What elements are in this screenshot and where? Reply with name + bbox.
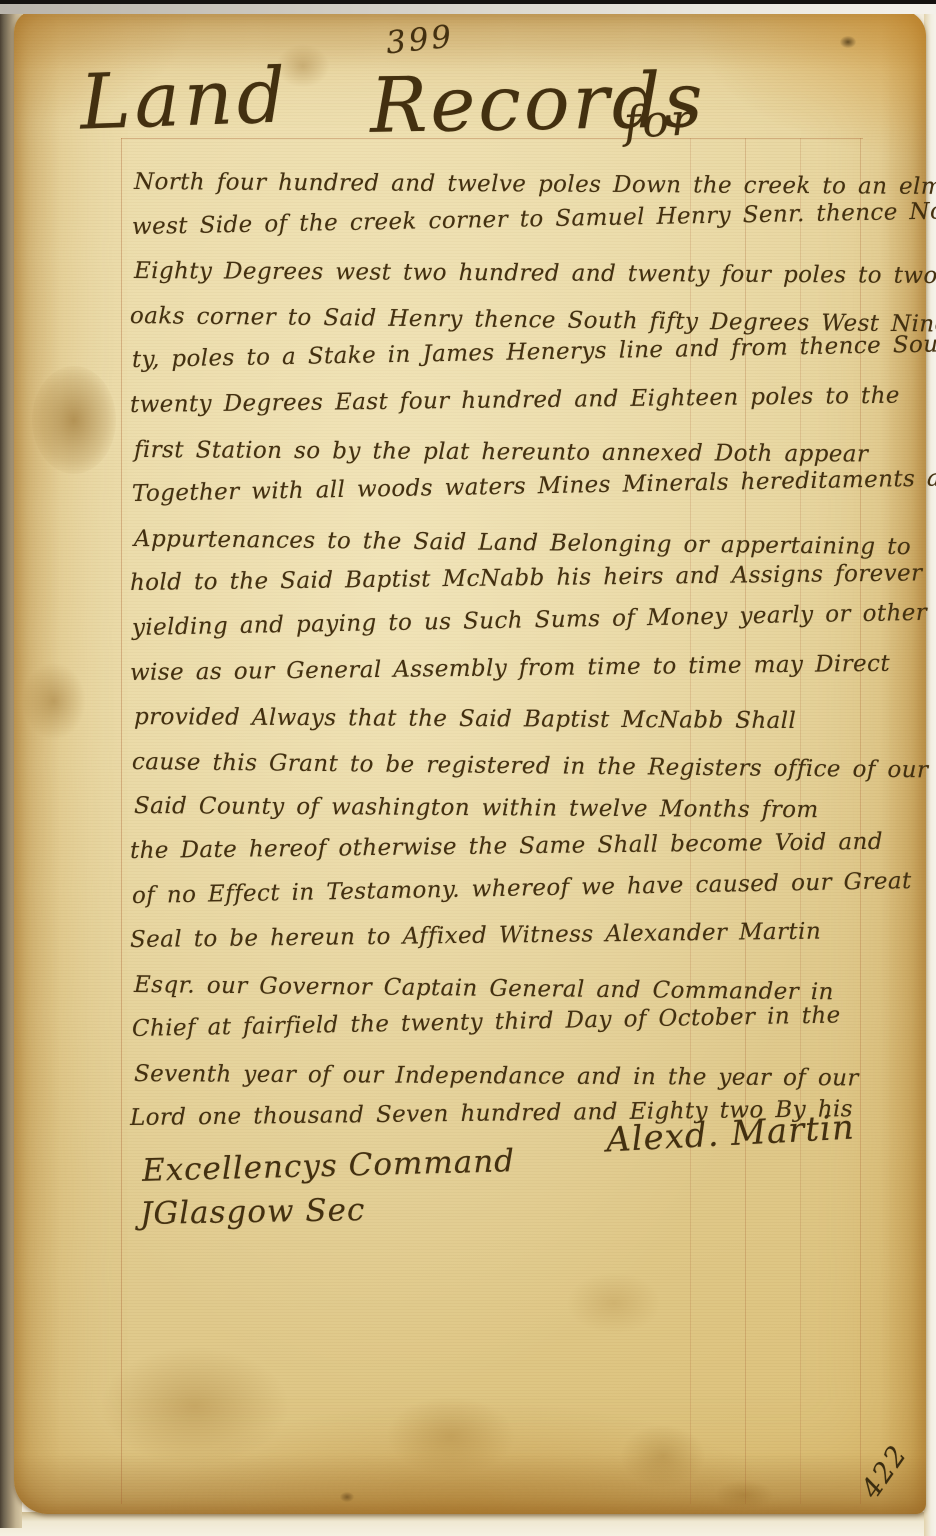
title-word-for: for	[623, 94, 695, 149]
manuscript-body: North four hundred and twelve poles Down…	[130, 160, 920, 1141]
page-number: 399	[384, 19, 456, 62]
stain	[386, 1396, 516, 1476]
stain	[100, 1346, 290, 1466]
next-page-edge-bottom	[0, 1512, 936, 1536]
closing-line-1: Excellencys Command	[142, 1143, 516, 1189]
stain	[32, 366, 116, 474]
stain	[620, 1424, 706, 1488]
manuscript-scan: { "page": { "page_number": "399", "folio…	[0, 0, 936, 1536]
stain	[566, 1272, 662, 1334]
title-word-land: Land	[79, 50, 291, 146]
ink-speck	[340, 1492, 354, 1502]
manuscript-line: wise as our General Assembly from time t…	[130, 641, 920, 695]
ink-speck	[840, 36, 856, 48]
stain	[714, 1480, 774, 1510]
left-margin-rule	[121, 138, 122, 1504]
folio-number-rotated: 422	[856, 1439, 914, 1504]
adjacent-page-edge-top	[0, 4, 936, 14]
manuscript-line: twenty Degrees East four hundred and Eig…	[130, 373, 920, 427]
secretary-signature: JGlasgow Sec	[140, 1192, 366, 1232]
manuscript-page: 399 Land Records for North four hundred …	[14, 10, 926, 1514]
manuscript-line: provided Always that the Said Baptist Mc…	[134, 695, 920, 744]
manuscript-line: Seal to be hereun to Affixed Witness Ale…	[130, 908, 920, 962]
stain	[22, 662, 86, 740]
manuscript-line: Eighty Degrees west two hundred and twen…	[134, 249, 920, 298]
